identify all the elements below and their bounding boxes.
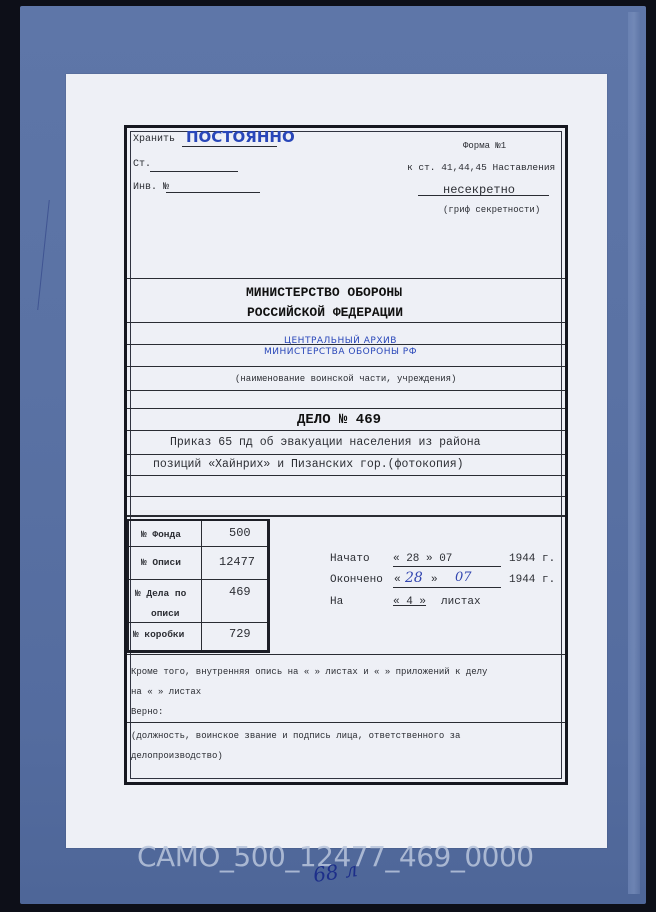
folder-edge [628,12,640,894]
table-label-delo-line-1: № Дела по [135,588,186,599]
table-value-box: 729 [229,627,251,641]
case-title: ДЕЛО № 469 [297,412,381,428]
rule-line [127,390,565,391]
started-value: « 28 » 07 [393,553,452,565]
article-reference: к ст. 41,44,45 Наставления [407,162,555,173]
rule-line [127,454,565,455]
inventory-line-1: Кроме того, внутренняя опись на « » лист… [131,667,487,677]
st-label: Ст. [133,159,151,170]
secrecy-caption: (гриф секретности) [443,205,540,215]
inv-underline [166,192,260,193]
ended-label: Окончено [330,574,383,586]
archive-codes-table: № Фонда 500 № Описи 12477 № Дела по опис… [127,519,270,653]
rule-line [127,366,565,367]
st-underline [150,171,238,172]
started-underline [393,566,501,567]
rule-line [127,515,565,517]
archive-stamp-line-2: МИНИСТЕРСТВА ОБОРОНЫ РФ [264,347,417,357]
rule-line [127,475,565,476]
ended-day-handwritten: 28 [405,570,423,586]
ended-month-handwritten: 07 [455,570,472,585]
secrecy-underline [418,195,549,196]
verified-label: Верно: [131,707,163,717]
rule-line [127,654,565,655]
started-year: 1944 г. [509,553,555,565]
table-label-fond: № Фонда [141,529,181,540]
ended-close-quote: » [431,574,438,586]
rule-line [127,322,565,323]
keep-label: Хранить [133,134,175,145]
ended-year: 1944 г. [509,574,555,586]
ended-open-quote: « [394,574,401,586]
table-value-fond: 500 [229,526,251,540]
form-number: Форма №1 [463,141,506,151]
unit-caption: (наименование воинской части, учреждения… [235,374,456,384]
ministry-line-2: РОССИЙСКОЙ ФЕДЕРАЦИИ [247,305,403,320]
rule-line [127,430,565,431]
archive-stamp-line-1: ЦЕНТРАЛЬНЫЙ АРХИВ [284,336,397,346]
document-frame [124,125,568,785]
rule-line [127,722,565,723]
inventory-line-2: на « » листах [131,687,201,697]
started-label: Начато [330,553,370,565]
case-description-line-2: позиций «Хайнрих» и Пизанских гор.(фоток… [153,458,464,471]
case-description-line-1: Приказ 65 пд об эвакуации населения из р… [170,436,481,449]
sheets-suffix: листах [441,596,481,608]
table-label-box: № коробки [133,629,184,640]
inv-label: Инв. № [133,182,169,193]
table-label-delo-line-2: описи [151,608,180,619]
rule-line [127,278,565,279]
sheets-label: На [330,596,343,608]
sheets-value: « 4 » [393,596,426,608]
keep-underline [182,146,277,147]
responsible-line-2: делопроизводство) [131,751,223,761]
table-label-opis: № Описи [141,557,181,568]
ended-underline [393,587,501,588]
rule-line [127,408,565,409]
table-value-opis: 12477 [219,555,255,569]
ministry-line-1: МИНИСТЕРСТВО ОБОРОНЫ [246,285,402,300]
responsible-line-1: (должность, воинское звание и подпись ли… [131,731,460,741]
table-value-delo: 469 [229,585,251,599]
keep-value-stamp: ПОСТОЯННО [186,128,295,146]
rule-line [127,496,565,497]
